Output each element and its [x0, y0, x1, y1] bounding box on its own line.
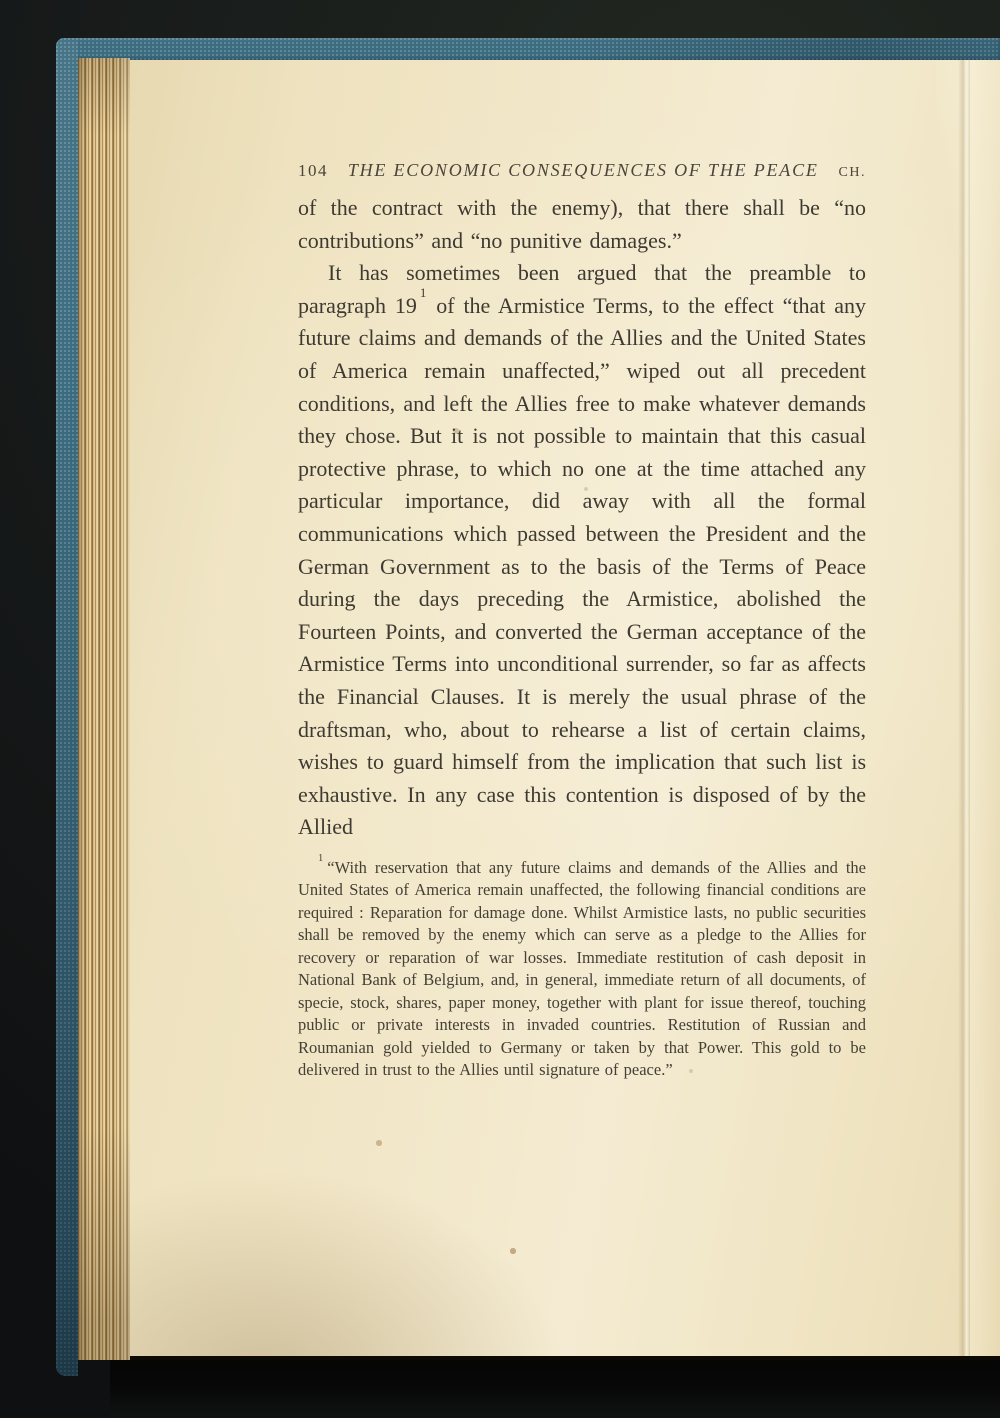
footnote-paragraph: 1“With reservation that any future claim…	[298, 857, 866, 1082]
body-text: of the contract with the enemy), that th…	[298, 192, 866, 844]
paper-foxing-specks	[130, 60, 132, 62]
page-number: 104	[298, 161, 328, 181]
book-cast-shadow	[110, 1352, 1000, 1418]
page-gutter	[970, 60, 1000, 1356]
book-cover-left-edge	[56, 38, 78, 1376]
footnote-block: 1“With reservation that any future claim…	[298, 857, 866, 1082]
body-paragraph-continuation: of the contract with the enemy), that th…	[298, 192, 866, 257]
page-edge-stack	[78, 58, 130, 1360]
page-crease-line	[958, 60, 970, 1356]
footnote-marker-superscript: 1	[318, 853, 323, 864]
running-title: THE ECONOMIC CONSEQUENCES OF THE PEACE	[348, 160, 819, 181]
chapter-abbreviation: CH.	[839, 165, 866, 181]
footnote-text: “With reservation that any future claims…	[298, 858, 866, 1080]
running-header: 104 THE ECONOMIC CONSEQUENCES OF THE PEA…	[298, 160, 866, 181]
book-cover-top-edge	[56, 38, 1000, 62]
paragraph-text-after-reference: of the Armistice Terms, to the effect “t…	[298, 293, 866, 840]
footnote-reference-superscript: 1	[420, 285, 427, 300]
book-page: 104 THE ECONOMIC CONSEQUENCES OF THE PEA…	[130, 60, 1000, 1356]
printed-text-block: 104 THE ECONOMIC CONSEQUENCES OF THE PEA…	[298, 60, 866, 1082]
body-paragraph: It has sometimes been argued that the pr…	[298, 257, 866, 844]
